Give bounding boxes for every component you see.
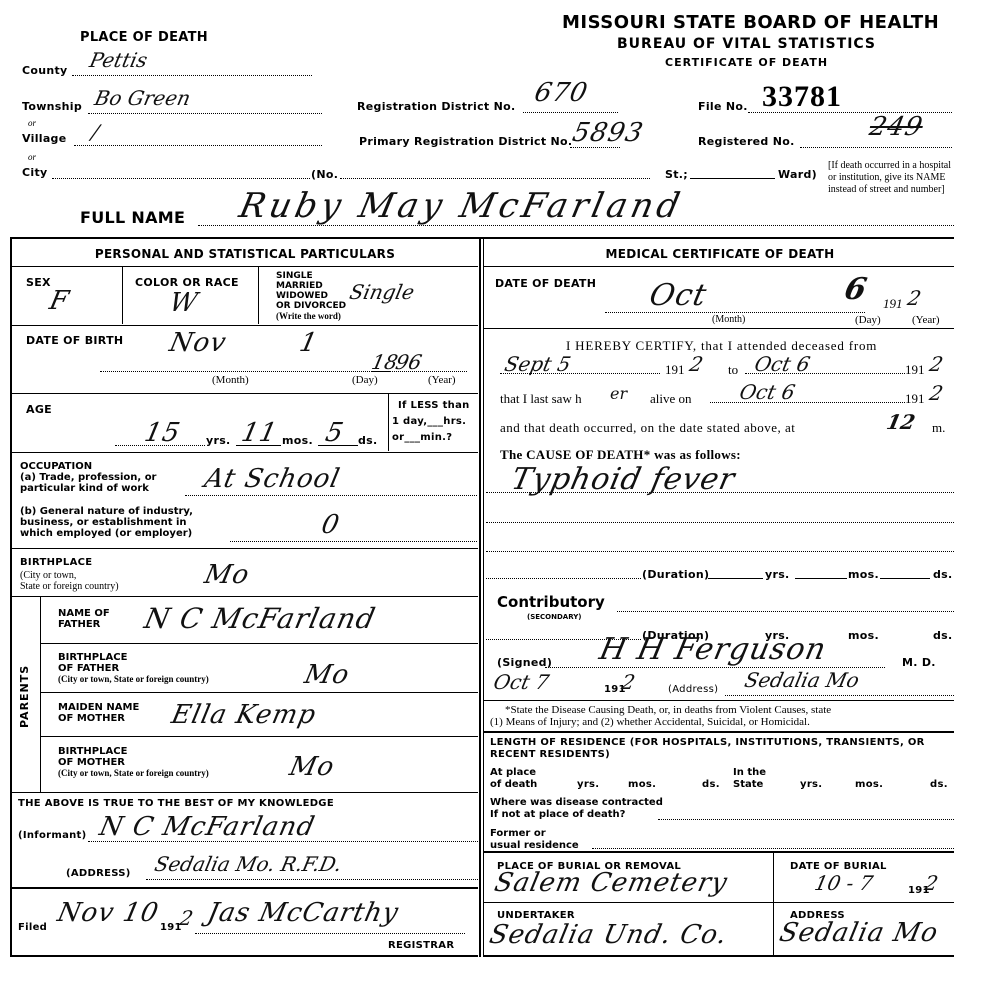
time-suffix: m. [932,420,945,436]
dob-year-hint: (Year) [428,374,456,386]
filed-label: Filed [18,922,47,933]
divider [484,700,954,701]
divider [484,902,954,903]
contributory-label: Contributory [497,593,605,611]
st-label: St.; [665,168,688,181]
marital-widowed: WIDOWED [276,291,346,301]
township-label: Township [22,100,82,113]
place-of-death-heading: PLACE OF DEATH [80,30,208,45]
marital-options: SINGLE MARRIED WIDOWED OR DIVORCED (Writ… [276,271,346,321]
marital-hint: (Write the word) [276,311,346,321]
sign-year-value: 2 [619,670,637,694]
at-place-line-1: At place [490,767,537,779]
in-state-line-2: State [733,779,766,791]
marital-married: MARRIED [276,281,346,291]
informant-statement: THE ABOVE IS TRUE TO THE BEST OF MY KNOW… [18,798,334,809]
birthplace-hint-1: (City or town, [20,570,119,581]
divider [484,266,954,267]
father-bp-hint: (City or town, State or foreign country) [58,674,209,685]
dob-year-line [372,370,467,372]
less-than-line-1: If LESS than [398,400,470,411]
former-residence-label: Former or usual residence [490,828,579,852]
duration-yrs-line [708,577,763,579]
occupation-b-value: 0 [319,510,343,540]
informant-label: (Informant) [18,830,87,841]
birthplace-label: BIRTHPLACE [20,557,92,568]
full-name-label: FULL NAME [80,208,185,227]
registration-district-value: 670 [532,78,591,108]
footnote-line-1: *State the Disease Causing Death, or, in… [505,704,831,716]
burial-place-value: Salem Cemetery [492,868,731,898]
last-saw-pronoun: er [610,384,627,403]
less-than-line-2: 1 day,___hrs. [392,416,466,427]
file-no-label: File No. [698,100,748,113]
former-residence-line [592,847,954,849]
informant-address-value: Sedalia Mo. R.F.D. [152,852,344,876]
dob-line [100,370,390,372]
dod-month-hint: (Month) [712,314,745,325]
signed-label: (Signed) [497,656,552,669]
in-state-mos: mos. [855,779,883,790]
center-divider [479,237,481,957]
registrar-signature: Jas McCarthy [205,898,402,928]
divider [12,266,478,267]
ward-label: Ward) [778,168,817,181]
or-text-2: or [28,152,36,162]
marital-divorced: OR DIVORCED [276,301,346,311]
township-line [88,112,322,114]
attended-from-line [500,372,660,374]
city-label: City [22,166,47,179]
physician-address-line [725,694,954,696]
duration-mos-label-2: mos. [848,629,879,642]
birthplace-hint-2: State or foreign country) [20,581,119,592]
dob-day-value: 1 [297,328,321,358]
village-label: Village [22,132,67,145]
sex-value: F [47,286,72,316]
hospital-note: [If death occurred in a hospital or inst… [828,160,956,196]
at-place-mos: mos. [628,779,656,790]
cause-label: The CAUSE OF DEATH* was as follows: [500,447,741,463]
last-saw-label: that I last saw h [500,391,582,407]
father-name-value: N C McFarland [141,602,378,635]
mother-bp-label-2: OF MOTHER [58,757,209,768]
secondary-label: (SECONDARY) [527,612,581,622]
no-label: (No. [311,168,338,181]
occupation-heading: OCCUPATION [20,461,157,472]
county-line [72,74,312,76]
duration-label-1: (Duration) [642,568,709,581]
physician-signature: H H Ferguson [596,632,829,667]
in-state-yrs: yrs. [800,779,822,790]
dod-line [605,311,865,313]
sign-date-value: Oct 7 [491,670,551,694]
filed-year-value: 2 [177,906,195,930]
duration-mos-label-1: mos. [848,568,879,581]
at-place-line-2: of death [490,779,537,791]
age-mos-label: mos. [282,434,313,447]
divider [484,731,954,733]
birthplace-value: Mo [202,560,253,590]
duration-line-1 [486,577,641,579]
medical-heading: MEDICAL CERTIFICATE OF DEATH [486,247,954,261]
physician-address-label: (Address) [668,684,718,695]
divider [12,955,478,957]
age-months-value: 11 [239,418,280,448]
dod-label: DATE OF DEATH [495,277,596,290]
mother-bp-label-1: BIRTHPLACE [58,746,209,757]
contracted-line-1: Where was disease contracted [490,797,663,809]
divider [40,692,478,693]
cause-line-3 [486,550,954,552]
in-state-label: In the State [733,767,766,791]
informant-value: N C McFarland [97,812,318,842]
age-ds-label: ds. [358,434,378,447]
parents-divider [40,596,41,792]
occupation-a-line-2: particular kind of work [20,483,157,494]
dod-year-hint: (Year) [912,314,940,326]
attended-from-year-prefix: 191 [665,362,685,378]
divider [484,851,954,853]
dod-year-prefix: 191 [883,296,903,312]
age-yrs-label: yrs. [206,434,231,447]
last-saw-year: 2 [927,381,945,405]
or-text-1: or [28,118,36,128]
duration-ds-line [880,577,930,579]
divider [484,328,954,329]
in-state-line-1: In the [733,767,766,779]
informant-address-line [146,878,478,880]
burial-date-value: 10 - 7 [812,871,875,895]
divider [12,548,478,549]
registered-no-value: 249 [867,112,926,142]
mother-name-value: Ella Kemp [169,700,319,730]
occurred-text: and that death occurred, on the date sta… [500,420,795,436]
ward-line [690,177,775,179]
certificate-title: CERTIFICATE OF DEATH [665,56,828,69]
contracted-label: Where was disease contracted If not at p… [490,797,663,821]
dod-day-hint: (Day) [855,314,881,326]
time-value: 12 [884,410,917,434]
father-name-label-1: NAME OF [58,608,110,619]
parents-side-label: PARENTS [18,665,31,728]
street-line [340,177,650,179]
residence-heading-2: RECENT RESIDENTS) [490,749,610,760]
contracted-line [658,818,954,820]
divider [484,955,954,957]
contracted-line-2: If not at place of death? [490,809,663,821]
occupation-a-value: At School [202,464,343,494]
burial-year-value: 2 [922,871,940,895]
primary-district-value: 5893 [570,118,647,148]
less-than-line-3: or___min.? [392,432,452,443]
divider [40,643,478,644]
dob-day-hint: (Day) [352,374,378,386]
registrar-line [195,932,465,934]
father-bp-label-1: BIRTHPLACE [58,652,209,663]
top-divider [10,237,954,239]
registered-no-line [800,146,952,148]
divider [12,393,478,394]
village-line [74,144,322,146]
mother-birthplace-value: Mo [287,752,338,782]
duration-ds-label-2: ds. [933,629,953,642]
occupation-a-line-1: (a) Trade, profession, or [20,472,157,483]
certify-text: I HEREBY CERTIFY, that I attended deceas… [566,338,877,354]
divider [12,325,478,326]
age-years-value: 15 [142,418,183,448]
md-label: M. D. [902,656,936,669]
occupation-a-line [185,494,477,496]
last-saw-year-prefix: 191 [905,391,925,407]
undertaker-address-value: Sedalia Mo [777,918,941,948]
at-place-yrs: yrs. [577,779,599,790]
mother-bp-hint: (City or town, State or foreign country) [58,768,209,779]
file-no-value: 33781 [762,80,842,114]
divider [12,596,478,597]
divider [12,792,478,793]
age-label: AGE [26,403,52,416]
village-value: / [89,120,101,144]
dob-month-value: Nov [167,328,229,358]
occupation-b-block: (b) General nature of industry, business… [20,506,193,539]
divider [12,452,478,453]
father-birthplace-label: BIRTHPLACE OF FATHER (City or town, Stat… [58,652,209,685]
race-value: W [167,288,201,318]
in-state-ds: ds. [930,779,948,790]
bureau-title: BUREAU OF VITAL STATISTICS [617,36,876,52]
divider [258,266,259,324]
mother-name-label-1: MAIDEN NAME [58,702,139,713]
full-name-value: Ruby May McFarland [236,186,687,226]
duration-ds-label-1: ds. [933,568,953,581]
at-place-label: At place of death [490,767,537,791]
to-label: to [728,362,738,378]
county-label: County [22,64,68,77]
attended-to-year: 2 [927,352,945,376]
contributory-line [617,610,954,612]
at-place-ds: ds. [702,779,720,790]
father-bp-label-2: OF FATHER [58,663,209,674]
occupation-b-line-2: business, or establishment in [20,517,193,528]
father-name-label-2: FATHER [58,619,110,630]
informant-address-label: (ADDRESS) [66,868,131,879]
residence-heading-1: LENGTH OF RESIDENCE (FOR HOSPITALS, INST… [490,737,925,748]
city-line [52,177,310,179]
divider [122,266,123,324]
divider [388,393,389,451]
mother-birthplace-label: BIRTHPLACE OF MOTHER (City or town, Stat… [58,746,209,779]
occupation-b-line-3: which employed (or employer) [20,528,193,539]
attended-to-value: Oct 6 [752,352,812,376]
footnote-line-2: (1) Means of Injury; and (2) whether Acc… [490,716,810,728]
mother-name-label-2: OF MOTHER [58,713,139,724]
occupation-a-block: OCCUPATION (a) Trade, profession, or par… [20,461,157,494]
personal-heading: PERSONAL AND STATISTICAL PARTICULARS [12,247,478,261]
divider [773,851,774,955]
township-value: Bo Green [92,86,192,110]
dod-day-value: 6 [841,272,870,307]
cause-line-2 [486,521,954,523]
registered-no-label: Registered No. [698,135,795,148]
board-title: MISSOURI STATE BOARD OF HEALTH [562,12,939,33]
alive-on-label: alive on [650,391,692,407]
dob-label: DATE OF BIRTH [26,334,123,347]
attended-to-year-prefix: 191 [905,362,925,378]
registrar-label: REGISTRAR [388,940,454,951]
cause-line-1 [486,491,954,493]
duration-mos-line [795,577,847,579]
mother-name-label: MAIDEN NAME OF MOTHER [58,702,139,724]
physician-address-value: Sedalia Mo [742,668,861,692]
dod-month-value: Oct [646,278,710,313]
marital-single: SINGLE [276,271,346,281]
attended-from-year: 2 [687,352,705,376]
divider [40,736,478,737]
former-line-1: Former or [490,828,579,840]
duration-yrs-label-1: yrs. [765,568,790,581]
primary-district-label: Primary Registration District No. [359,135,572,148]
father-birthplace-value: Mo [302,660,353,690]
occupation-b-line [230,540,477,542]
left-border [10,237,12,957]
registration-district-label: Registration District No. [357,100,515,113]
county-value: Pettis [87,48,149,72]
center-divider-inner [483,237,484,957]
marital-value: Single [347,280,416,304]
undertaker-value: Sedalia Und. Co. [487,920,730,950]
father-name-label: NAME OF FATHER [58,608,110,630]
divider [12,887,478,889]
sex-label: SEX [26,276,51,289]
filed-date-value: Nov 10 [55,898,162,928]
birthplace-hint: (City or town, State or foreign country) [20,570,119,592]
last-saw-date-value: Oct 6 [737,380,797,404]
dod-year-value: 2 [905,286,923,310]
registration-district-line [523,111,618,113]
occupation-b-line-1: (b) General nature of industry, [20,506,193,517]
dob-month-hint: (Month) [212,374,249,386]
